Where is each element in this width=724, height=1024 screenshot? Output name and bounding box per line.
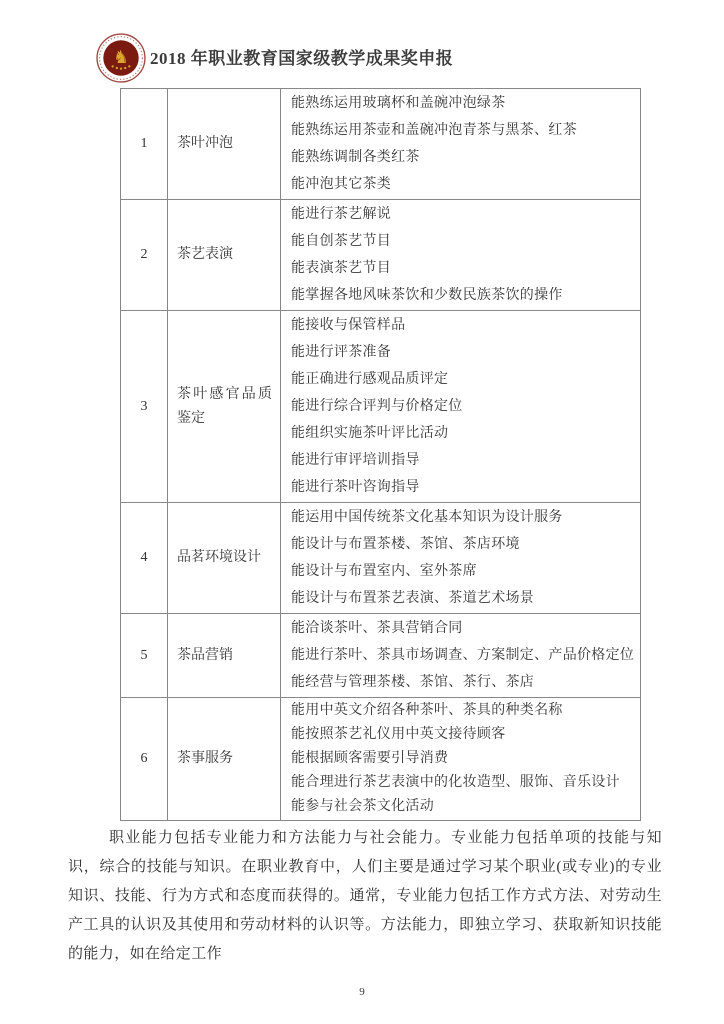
table-row: 6茶事服务能用中英文介绍各种茶叶、茶具的种类名称能按照茶艺礼仪用中英文接待顾客能… (121, 698, 641, 821)
category-label: 茶叶感官品质鉴定 (177, 383, 272, 431)
skill-item: 能进行茶叶、茶具市场调查、方案制定、产品价格定位 (291, 642, 634, 669)
row-number: 5 (121, 614, 168, 698)
skill-item: 能掌握各地风味茶饮和少数民族茶饮的操作 (291, 282, 634, 309)
page-title: 2018 年职业教育国家级教学成果奖申报 (150, 44, 453, 69)
category-label: 茶事服务 (177, 747, 272, 771)
skill-item: 能合理进行茶艺表演中的化妆造型、服饰、音乐设计 (291, 771, 634, 795)
skills-cell: 能熟练运用玻璃杯和盖碗冲泡绿茶能熟练运用茶壶和盖碗冲泡青茶与黑茶、红茶能熟练调制… (281, 89, 641, 200)
skills-cell: 能用中英文介绍各种茶叶、茶具的种类名称能按照茶艺礼仪用中英文接待顾客能根据顾客需… (281, 698, 641, 821)
skill-item: 能熟练调制各类红茶 (291, 144, 634, 171)
table-row: 2茶艺表演能进行茶艺解说能自创茶艺节目能表演茶艺节目能掌握各地风味茶饮和少数民族… (121, 200, 641, 311)
table-row: 5茶品营销能洽谈茶叶、茶具营销合同能进行茶叶、茶具市场调查、方案制定、产品价格定… (121, 614, 641, 698)
skill-item: 能组织实施茶叶评比活动 (291, 420, 634, 447)
table-row: 1茶叶冲泡能熟练运用玻璃杯和盖碗冲泡绿茶能熟练运用茶壶和盖碗冲泡青茶与黑茶、红茶… (121, 89, 641, 200)
skill-item: 能设计与布置茶楼、茶馆、茶店环境 (291, 531, 634, 558)
category-cell: 品茗环境设计 (168, 503, 281, 614)
skill-item: 能按照茶艺礼仪用中英文接待顾客 (291, 723, 634, 747)
skill-item: 能熟练运用玻璃杯和盖碗冲泡绿茶 (291, 90, 634, 117)
table-row: 4品茗环境设计能运用中国传统茶文化基本知识为设计服务能设计与布置茶楼、茶馆、茶店… (121, 503, 641, 614)
skill-item: 能熟练运用茶壶和盖碗冲泡青茶与黑茶、红茶 (291, 117, 634, 144)
row-number: 3 (121, 311, 168, 503)
skill-item: 能设计与布置室内、室外茶席 (291, 558, 634, 585)
row-number: 2 (121, 200, 168, 311)
row-number: 1 (121, 89, 168, 200)
skill-item: 能设计与布置茶艺表演、茶道艺术场景 (291, 585, 634, 612)
category-cell: 茶叶冲泡 (168, 89, 281, 200)
category-cell: 茶事服务 (168, 698, 281, 821)
skill-item: 能运用中国传统茶文化基本知识为设计服务 (291, 504, 634, 531)
skill-item: 能经营与管理茶楼、茶馆、茶行、茶店 (291, 669, 634, 696)
skills-cell: 能进行茶艺解说能自创茶艺节目能表演茶艺节目能掌握各地风味茶饮和少数民族茶饮的操作 (281, 200, 641, 311)
skill-item: 能进行评茶准备 (291, 339, 634, 366)
category-label: 茶叶冲泡 (177, 132, 272, 156)
skill-item: 能根据顾客需要引导消费 (291, 747, 634, 771)
skill-item: 能洽谈茶叶、茶具营销合同 (291, 615, 634, 642)
skill-item: 能进行茶叶咨询指导 (291, 474, 634, 501)
category-cell: 茶叶感官品质鉴定 (168, 311, 281, 503)
skills-cell: 能洽谈茶叶、茶具营销合同能进行茶叶、茶具市场调查、方案制定、产品价格定位能经营与… (281, 614, 641, 698)
row-number: 6 (121, 698, 168, 821)
row-number: 4 (121, 503, 168, 614)
page-number: 9 (0, 986, 724, 998)
document-page: { "header": { "title": "2018 年职业教育国家级教学成… (0, 0, 724, 1024)
skill-item: 能进行审评培训指导 (291, 447, 634, 474)
category-label: 茶艺表演 (177, 243, 272, 267)
category-label: 茶品营销 (177, 644, 272, 668)
table-row: 3茶叶感官品质鉴定能接收与保管样品能进行评茶准备能正确进行感观品质评定能进行综合… (121, 311, 641, 503)
skill-item: 能参与社会茶文化活动 (291, 795, 634, 819)
category-label: 品茗环境设计 (177, 546, 272, 570)
body-paragraph: 职业能力包括专业能力和方法能力与社会能力。专业能力包括单项的技能与知识，综合的技… (68, 824, 662, 969)
skill-item: 能冲泡其它茶类 (291, 171, 634, 198)
skills-cell: 能运用中国传统茶文化基本知识为设计服务能设计与布置茶楼、茶馆、茶店环境能设计与布… (281, 503, 641, 614)
skill-item: 能用中英文介绍各种茶叶、茶具的种类名称 (291, 699, 634, 723)
red-seal-horse-logo-icon: ♞ (96, 33, 146, 83)
category-cell: 茶艺表演 (168, 200, 281, 311)
skill-item: 能自创茶艺节目 (291, 228, 634, 255)
skill-item: 能表演茶艺节目 (291, 255, 634, 282)
skill-item: 能接收与保管样品 (291, 312, 634, 339)
skill-item: 能进行综合评判与价格定位 (291, 393, 634, 420)
svg-text:♞: ♞ (113, 48, 129, 68)
skill-item: 能进行茶艺解说 (291, 201, 634, 228)
skills-cell: 能接收与保管样品能进行评茶准备能正确进行感观品质评定能进行综合评判与价格定位能组… (281, 311, 641, 503)
category-cell: 茶品营销 (168, 614, 281, 698)
skills-table: 1茶叶冲泡能熟练运用玻璃杯和盖碗冲泡绿茶能熟练运用茶壶和盖碗冲泡青茶与黑茶、红茶… (120, 88, 641, 821)
skill-item: 能正确进行感观品质评定 (291, 366, 634, 393)
